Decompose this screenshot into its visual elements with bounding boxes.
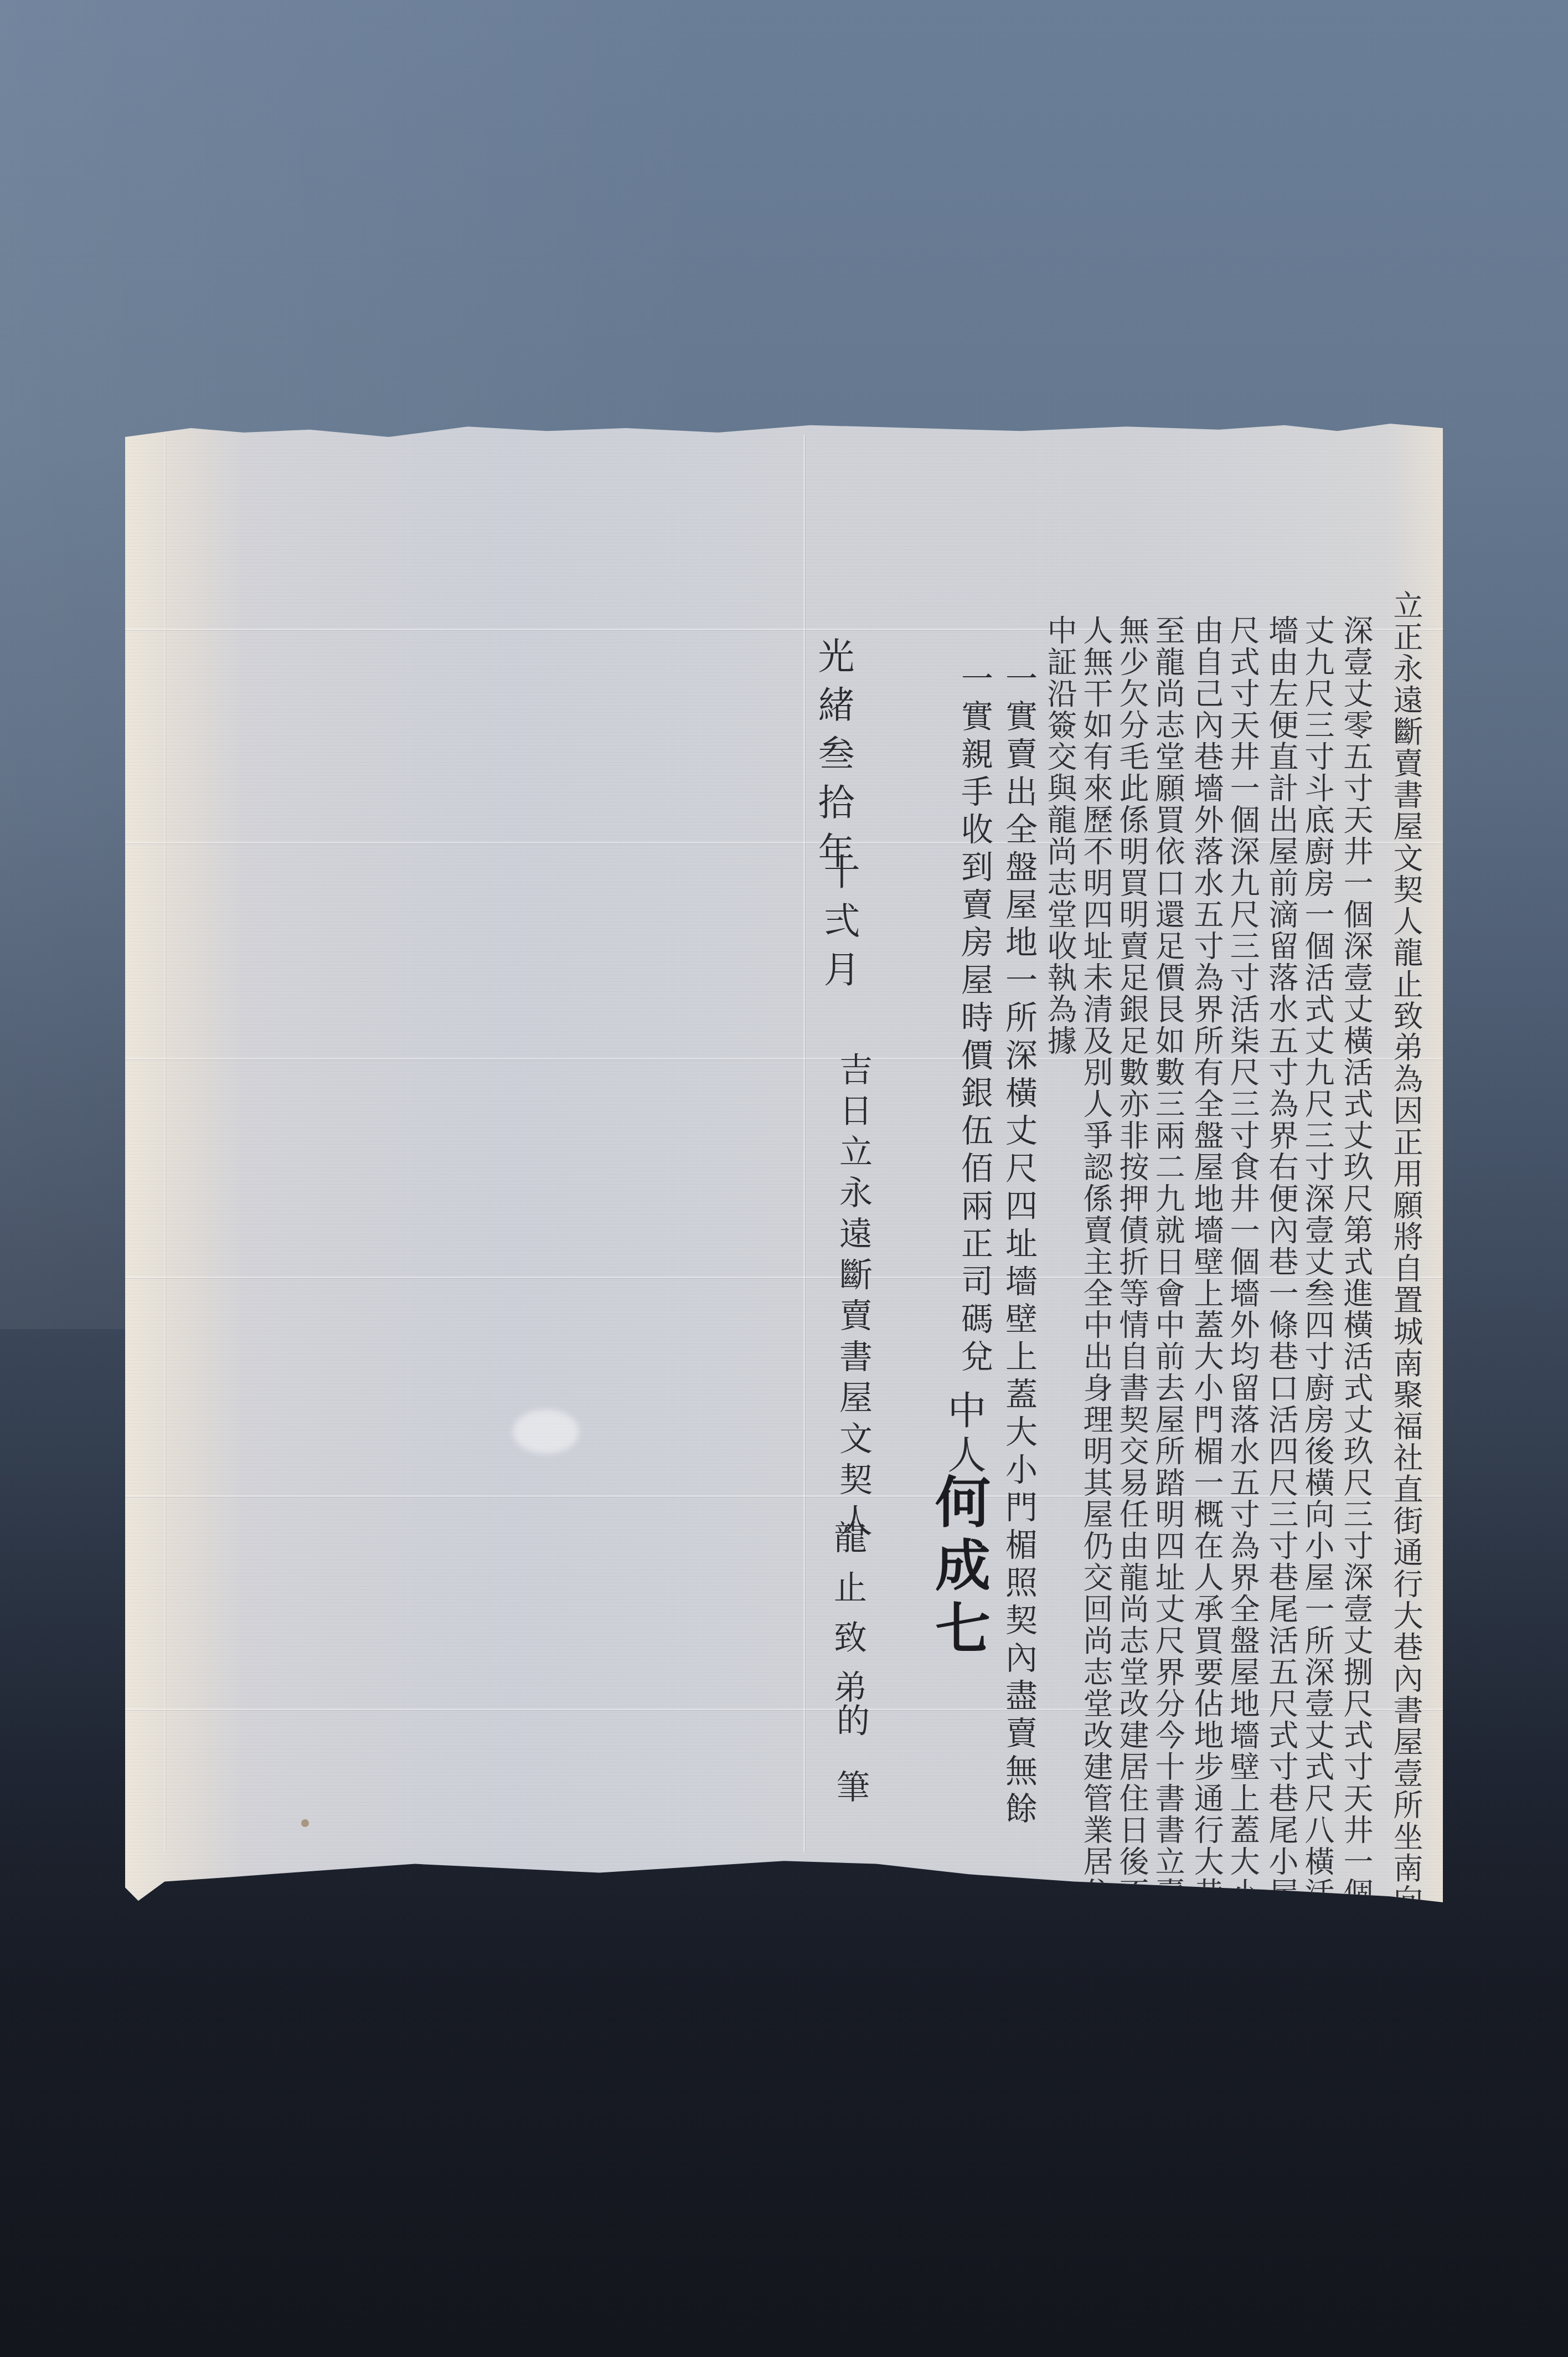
deed-paper: 立正永遠斷賣書屋文契人龍止致弟為因正用願將自置城南聚福社直街通行大巷內書屋壹所坐… xyxy=(125,424,1443,1902)
fold-line-vertical xyxy=(803,435,805,1852)
deed-body-column-3: 丈九尺三寸斗底廚房一個活式丈九尺三寸深壹丈叁四寸廚房後橫向小屋一所深壹丈式尺八橫… xyxy=(1302,615,1332,1861)
deed-body-column-9: 人無干如有來歷不明四址未清及別人爭認係賣主全中出身理明其屋仍交回尚志堂改建管業居… xyxy=(1081,615,1111,1861)
closing-clause-property: 一實賣出全盤屋地一所深橫丈尺四址墻壁上蓋大小門楣照契內盡賣無餘 xyxy=(1003,662,1035,1829)
witness-label: 中人 xyxy=(945,1390,983,1479)
deed-body-column-8: 無少欠分毛此係明買明賣足銀足數亦非按押債折等情自書契交易任由龍尚志堂改建居住日後… xyxy=(1117,615,1147,1861)
paper-stain xyxy=(513,1409,579,1454)
deed-body-column-7: 至龍尚志堂願買依口還足價艮如數三兩二九就日會中前去屋所踏明四址丈尺界分今十書書立… xyxy=(1153,615,1183,1861)
deed-body-column-5: 尺式寸天井一個深九尺三寸活柒尺三寸食井一個墻外均留落水五寸為界全盤屋地墻壁上蓋大… xyxy=(1227,615,1257,1861)
deed-body-column-2: 深壹丈零五寸天井一個深壹丈橫活式丈玖尺第式進橫活式丈玖尺三寸深壹丈捌尺式寸天井一… xyxy=(1341,615,1371,1861)
deed-body-column-10: 中証沿簽交與龍尚志堂收執為據 xyxy=(1045,615,1075,1057)
fold-line-vertical-left xyxy=(164,435,166,1852)
deed-body-column-1: 立正永遠斷賣書屋文契人龍止致弟為因正用願將自置城南聚福社直街通行大巷內書屋壹所坐… xyxy=(1391,590,1421,1836)
witness-name: 何成七 xyxy=(931,1473,986,1663)
date-month: 十弍月 xyxy=(820,853,857,999)
date-day-line: 吉日立永遠斷賣書屋文契人 xyxy=(837,1052,870,1544)
signatory-name: 龍止致弟 xyxy=(831,1520,864,1720)
closing-clause-payment: 一實親手收到賣房屋時價銀伍佰兩正司碼兌 xyxy=(958,662,991,1377)
deed-body-column-4: 墻由左便直計出屋前滴留落水五寸為界右便內巷一條巷口活四尺三寸巷尾活五尺式寸巷尾小… xyxy=(1266,615,1296,1861)
signatory-suffix: 的筆 xyxy=(834,1703,867,1836)
deed-body-column-6: 由自己內巷墻外落水五寸為界所有全盤屋地墻壁上蓋大小門楣一概在人承買要佔地步通行大… xyxy=(1192,615,1221,1861)
paper-spot xyxy=(301,1819,309,1827)
date-era-year: 光緒叁拾年 xyxy=(814,637,851,881)
